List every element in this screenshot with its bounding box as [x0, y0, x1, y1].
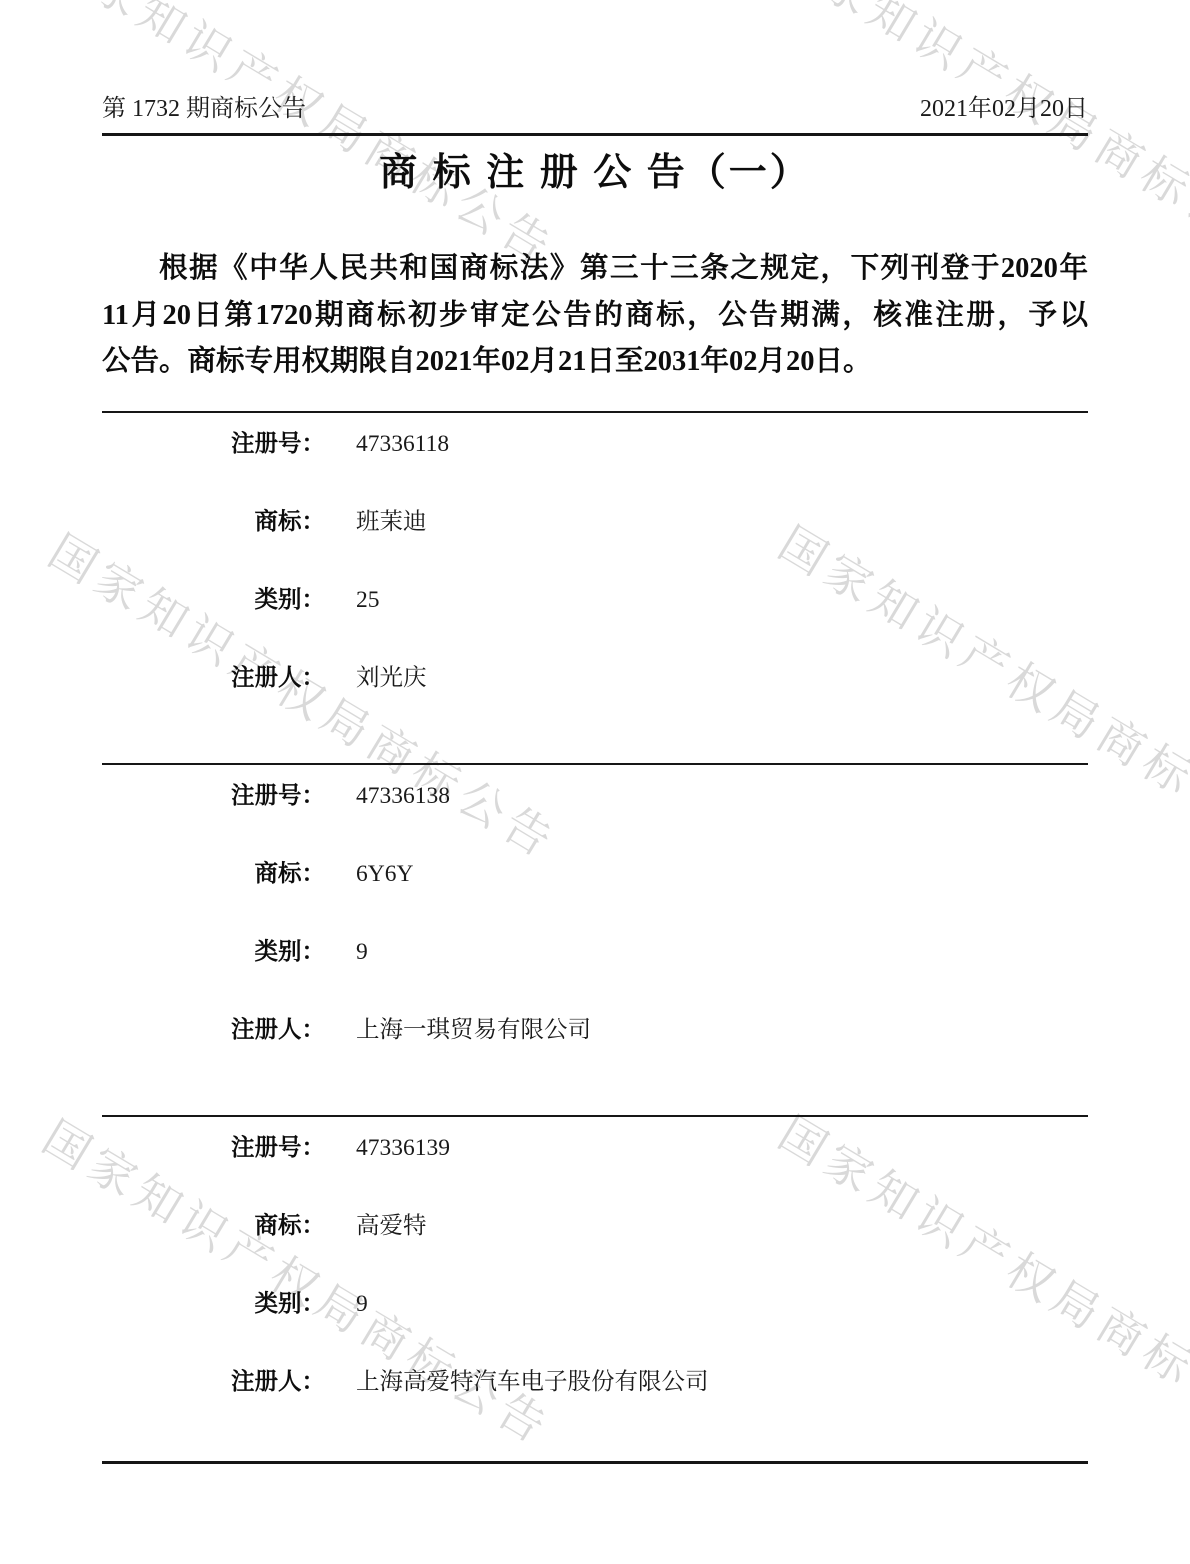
publication-date: 2021年02月20日: [920, 95, 1088, 123]
registrant-label: 注册人：: [102, 1017, 325, 1095]
record-field-trademark: 商标： 6Y6Y: [102, 861, 1088, 939]
class-label: 类别：: [102, 1291, 325, 1369]
class-label: 类别：: [102, 939, 325, 1017]
registration-number-label: 注册号：: [102, 1135, 325, 1213]
registration-number-label: 注册号：: [102, 431, 325, 509]
trademark-label: 商标：: [102, 1213, 325, 1291]
trademark-value: 高爱特: [356, 1213, 427, 1291]
issue-number: 第 1732 期商标公告: [102, 95, 306, 123]
record-field-registration-number: 注册号： 47336139: [102, 1135, 1088, 1213]
intro-line: 公告。商标专用权期限自2021年02月21日至2031年02月20日。: [102, 339, 1088, 386]
class-value: 25: [356, 587, 380, 665]
trademark-record: 注册号： 47336118 商标： 班茉迪 类别： 25 注册人： 刘光庆: [102, 411, 1088, 763]
gazette-page: 国家知识产权局商标公告 国家知识产权局商标公告 国家知识产权局商标公告 国家知识…: [0, 0, 1190, 1564]
registration-number-value: 47336138: [356, 783, 450, 861]
record-field-class: 类别： 9: [102, 1291, 1088, 1369]
page-header: 第 1732 期商标公告 2021年02月20日: [102, 0, 1088, 123]
record-field-trademark: 商标： 高爱特: [102, 1213, 1088, 1291]
intro-line: 11月20日第1720期商标初步审定公告的商标，公告期满，核准注册，予以: [102, 293, 1088, 340]
registrant-value: 上海一琪贸易有限公司: [356, 1017, 591, 1095]
class-value: 9: [356, 939, 368, 1017]
class-label: 类别：: [102, 587, 325, 665]
record-field-registrant: 注册人： 上海一琪贸易有限公司: [102, 1017, 1088, 1095]
record-field-class: 类别： 9: [102, 939, 1088, 1017]
intro-line: 根据《中华人民共和国商标法》第三十三条之规定，下列刊登于2020年: [102, 246, 1088, 293]
record-field-class: 类别： 25: [102, 587, 1088, 665]
registrant-value: 刘光庆: [356, 665, 427, 743]
bottom-divider: [102, 1461, 1088, 1464]
trademark-value: 6Y6Y: [356, 861, 413, 939]
registration-number-value: 47336118: [356, 431, 449, 509]
record-field-trademark: 商标： 班茉迪: [102, 509, 1088, 587]
page-title: 商 标 注 册 公 告（一）: [102, 149, 1088, 197]
trademark-label: 商标：: [102, 509, 325, 587]
trademark-value: 班茉迪: [356, 509, 427, 587]
registration-number-label: 注册号：: [102, 783, 325, 861]
trademark-label: 商标：: [102, 861, 325, 939]
class-value: 9: [356, 1291, 368, 1369]
page-content: 第 1732 期商标公告 2021年02月20日 商 标 注 册 公 告（一） …: [0, 0, 1190, 1464]
registration-number-value: 47336139: [356, 1135, 450, 1213]
header-divider: [102, 133, 1088, 136]
intro-paragraph: 根据《中华人民共和国商标法》第三十三条之规定，下列刊登于2020年 11月20日…: [102, 246, 1088, 386]
trademark-record: 注册号： 47336138 商标： 6Y6Y 类别： 9 注册人： 上海一琪贸易…: [102, 763, 1088, 1115]
trademark-record: 注册号： 47336139 商标： 高爱特 类别： 9 注册人： 上海高爱特汽车…: [102, 1115, 1088, 1461]
record-field-registrant: 注册人： 刘光庆: [102, 665, 1088, 743]
registrant-label: 注册人：: [102, 665, 325, 743]
registrant-value: 上海高爱特汽车电子股份有限公司: [356, 1369, 709, 1447]
record-field-registration-number: 注册号： 47336118: [102, 431, 1088, 509]
record-field-registration-number: 注册号： 47336138: [102, 783, 1088, 861]
record-field-registrant: 注册人： 上海高爱特汽车电子股份有限公司: [102, 1369, 1088, 1447]
registrant-label: 注册人：: [102, 1369, 325, 1447]
